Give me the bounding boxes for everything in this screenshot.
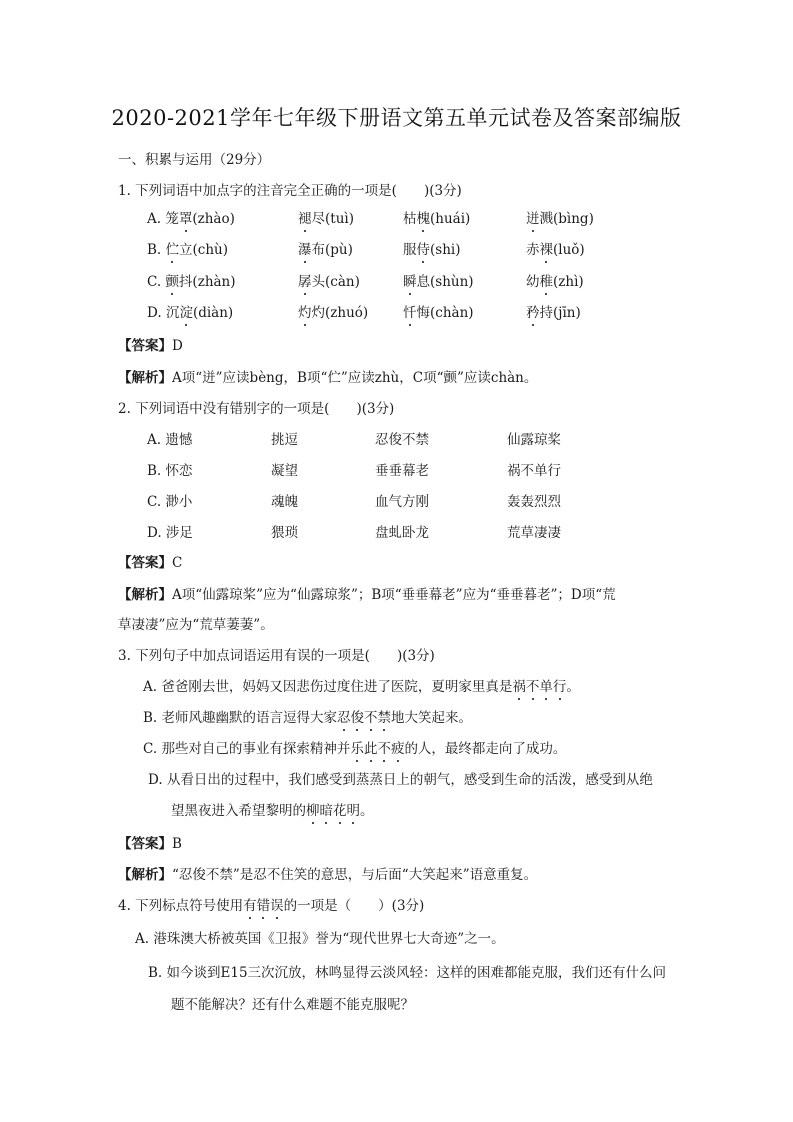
q4-stem-dotted: 有错误 <box>243 898 284 914</box>
option-label: C. <box>147 274 165 290</box>
emphasis-dot-char: 忍 <box>337 706 351 726</box>
q3-analysis: 【解析】“忍俊不禁”是忍不住笑的意思，与后面“大笑起来”语意重复。 <box>118 863 537 883</box>
emphasis-dot-char: 罩 <box>179 207 193 227</box>
option-word: 荒草凄凄 <box>507 521 561 541</box>
option-word: 挑逗 <box>271 428 298 448</box>
emphasis-dot-char: 暗 <box>320 799 334 819</box>
analysis-label: 【解析】 <box>118 587 172 603</box>
analysis-text: A项“仙露琼桨”应为“仙露琼浆”；B项“垂垂幕老”应为“垂垂暮老”；D项“荒 <box>172 587 616 603</box>
analysis-label: 【解析】 <box>118 867 172 883</box>
answer-value: C <box>172 555 182 571</box>
option-word: 忍俊不禁 <box>375 428 429 448</box>
option-word: D. 涉足 <box>147 521 193 541</box>
emphasis-dot-char: 俊 <box>351 706 365 726</box>
option-label: B. <box>147 242 166 258</box>
option-word: 孱头(càn) <box>298 270 360 290</box>
q3-option-row: B. 老师风趣幽默的语言逗得大家忍俊不禁地大笑起来。 <box>143 706 472 726</box>
answer-label: 【答案】 <box>118 836 172 852</box>
option-word: C. 渺小 <box>147 490 192 510</box>
emphasis-dot-char: 疲 <box>391 737 405 757</box>
option-text: 如今谈到E15三次沉放，林鸣显得云淡风轻：这样的困难都能克服，我们还有什么问 <box>167 965 667 981</box>
q2-answer: 【答案】C <box>118 551 182 571</box>
option-word: 血气方刚 <box>375 490 429 510</box>
option-label: D. <box>147 305 166 321</box>
emphasis-dot-char: 褪 <box>298 207 312 227</box>
emphasis-dot-char: 柳 <box>306 799 320 819</box>
emphasis-dot-char: 此 <box>364 737 378 757</box>
section-heading: 一、积累与运用（29分） <box>118 148 270 168</box>
emphasis-dot-char: 单 <box>539 675 553 695</box>
option-label: D. <box>148 772 167 788</box>
option-word: 魂魄 <box>271 490 298 510</box>
option-word: 猥琐 <box>271 521 298 541</box>
emphasis-dot-char: 迸 <box>526 207 540 227</box>
option-word: 赤裸(luǒ) <box>526 238 585 258</box>
option-word: 灼灼(zhuó) <box>298 301 368 321</box>
answer-value: B <box>172 836 182 852</box>
option-word: 幼稚(zhì) <box>526 270 584 290</box>
answer-label: 【答案】 <box>118 555 172 571</box>
emphasis-dot-char: 伫 <box>166 238 180 258</box>
emphasis-dot-char: 侍 <box>417 238 431 258</box>
q2-analysis-cont: 草凄凄”应为“荒草萋萋”。 <box>118 613 274 633</box>
emphasis-dot-char: 矜 <box>526 301 540 321</box>
option-word: 服侍(shi) <box>403 238 460 258</box>
option-label: A. <box>147 211 165 227</box>
analysis-label: 【解析】 <box>118 370 172 386</box>
option-word: 祸不单行 <box>507 459 561 479</box>
q4-option-a: A. 港珠澳大桥被英国《卫报》誉为“现代世界七大奇迹”之一。 <box>135 927 505 947</box>
option-word: A. 笼罩(zhào) <box>147 207 235 227</box>
emphasis-dot-char: 孱 <box>298 270 312 290</box>
emphasis-dot-char: 不 <box>526 675 540 695</box>
emphasis-dot-char: 淀 <box>179 301 193 321</box>
emphasis-dot-char: 不 <box>377 737 391 757</box>
emphasis-dot-char: 灼 <box>298 301 312 321</box>
emphasis-dot-char: 裸 <box>540 238 554 258</box>
emphasis-dot-char: 明 <box>347 799 361 819</box>
q1-analysis: 【解析】A项“迸”应读bèng，B项“伫”应读zhù，C项“颤”应读chàn。 <box>118 366 537 386</box>
option-word: 忏悔(chàn) <box>403 301 474 321</box>
q3-answer: 【答案】B <box>118 832 182 852</box>
option-label: B. <box>143 710 162 726</box>
option-word: 矜持(jīn) <box>526 301 581 321</box>
option-word: B. 怀恋 <box>147 459 193 479</box>
emphasis-dot-char: 乐 <box>350 737 364 757</box>
analysis-text: A项“迸”应读bèng，B项“伫”应读zhù，C项“颤”应读chàn。 <box>172 370 537 386</box>
option-word: 瞬息(shùn) <box>403 270 474 290</box>
option-text: 港珠澳大桥被英国《卫报》誉为“现代世界七大奇迹”之一。 <box>153 931 504 947</box>
option-word: 枯槐(huái) <box>403 207 470 227</box>
emphasis-dot-char: 瀑 <box>298 238 312 258</box>
emphasis-dot-char: 花 <box>333 799 347 819</box>
emphasis-dot-char: 不 <box>364 706 378 726</box>
emphasis-dot-char: 行 <box>553 675 567 695</box>
emphasis-dot-char: 误 <box>270 894 284 914</box>
q3-option-row: A. 爸爸刚去世，妈妈又因悲伤过度住进了医院，夏明家里真是祸不单行。 <box>143 675 580 695</box>
emphasis-dot-char: 颤 <box>165 270 179 290</box>
emphasis-dot-char: 禁 <box>378 706 392 726</box>
q1-stem: 1. 下列词语中加点字的注音完全正确的一项是( )(3分) <box>118 179 462 199</box>
answer-value: D <box>172 338 183 354</box>
answer-label: 【答案】 <box>118 338 172 354</box>
option-word: 盘虬卧龙 <box>375 521 429 541</box>
option-label: B. <box>148 965 162 981</box>
document-title: 2020-2021学年七年级下册语文第五单元试卷及答案部编版 <box>0 102 793 132</box>
option-word: 垂垂幕老 <box>375 459 429 479</box>
q4-stem-post: 的一项是（ ）(3分) <box>284 898 425 914</box>
q4-option-b-cont: 题不能解决？还有什么难题不能克服呢？ <box>171 993 414 1013</box>
emphasis-dot-char: 稚 <box>540 270 554 290</box>
q2-analysis: 【解析】A项“仙露琼桨”应为“仙露琼浆”；B项“垂垂幕老”应为“垂垂暮老”；D项… <box>118 583 616 603</box>
emphasis-dot-char: 有 <box>243 894 257 914</box>
q4-stem-pre: 4. 下列标点符号使用 <box>118 898 243 914</box>
q4-option-b: B. 如今谈到E15三次沉放，林鸣显得云淡风轻：这样的困难都能克服，我们还有什么… <box>148 961 666 981</box>
option-word: 瀑布(pù) <box>298 238 353 258</box>
emphasis-dot-char: 槐 <box>417 207 431 227</box>
emphasis-dot-char: 祸 <box>512 675 526 695</box>
q3-option-row-cont: 望黑夜进入希望黎明的柳暗花明。 <box>171 799 374 819</box>
option-word: A. 遗憾 <box>147 428 192 448</box>
q4-stem: 4. 下列标点符号使用有错误的一项是（ ）(3分) <box>118 894 424 914</box>
option-label: A. <box>143 679 161 695</box>
q1-answer: 【答案】D <box>118 334 183 354</box>
emphasis-dot-char: 瞬 <box>403 270 417 290</box>
emphasis-dot-char: 忏 <box>403 301 417 321</box>
analysis-text: “忍俊不禁”是忍不住笑的意思，与后面“大笑起来”语意重复。 <box>172 867 537 883</box>
document-page: 2020-2021学年七年级下册语文第五单元试卷及答案部编版 一、积累与运用（2… <box>0 0 793 1122</box>
option-label: A. <box>135 931 149 947</box>
emphasis-dot-char: 错 <box>257 894 271 914</box>
option-word: 仙露琼桨 <box>507 428 561 448</box>
q3-stem: 3. 下列句子中加点词语运用有误的一项是( )(3分) <box>118 644 435 664</box>
option-word: 凝望 <box>271 459 298 479</box>
option-word: 褪尽(tuì) <box>298 207 354 227</box>
option-word: 轰轰烈烈 <box>507 490 561 510</box>
q2-stem: 2. 下列词语中没有错别字的一项是( )(3分) <box>118 397 394 417</box>
option-label: C. <box>143 741 161 757</box>
option-word: D. 沉淀(diàn) <box>147 301 233 321</box>
option-word: B. 伫立(chù) <box>147 238 228 258</box>
q3-option-row: D. 从看日出的过程中，我们感受到蒸蒸日上的朝气，感受到生命的活泼，感受到从绝 <box>148 768 653 788</box>
option-word: 迸溅(bìng) <box>526 207 594 227</box>
option-word: C. 颤抖(zhàn) <box>147 270 236 290</box>
q3-option-row: C. 那些对自己的事业有探索精神并乐此不疲的人，最终都走向了成功。 <box>143 737 566 757</box>
